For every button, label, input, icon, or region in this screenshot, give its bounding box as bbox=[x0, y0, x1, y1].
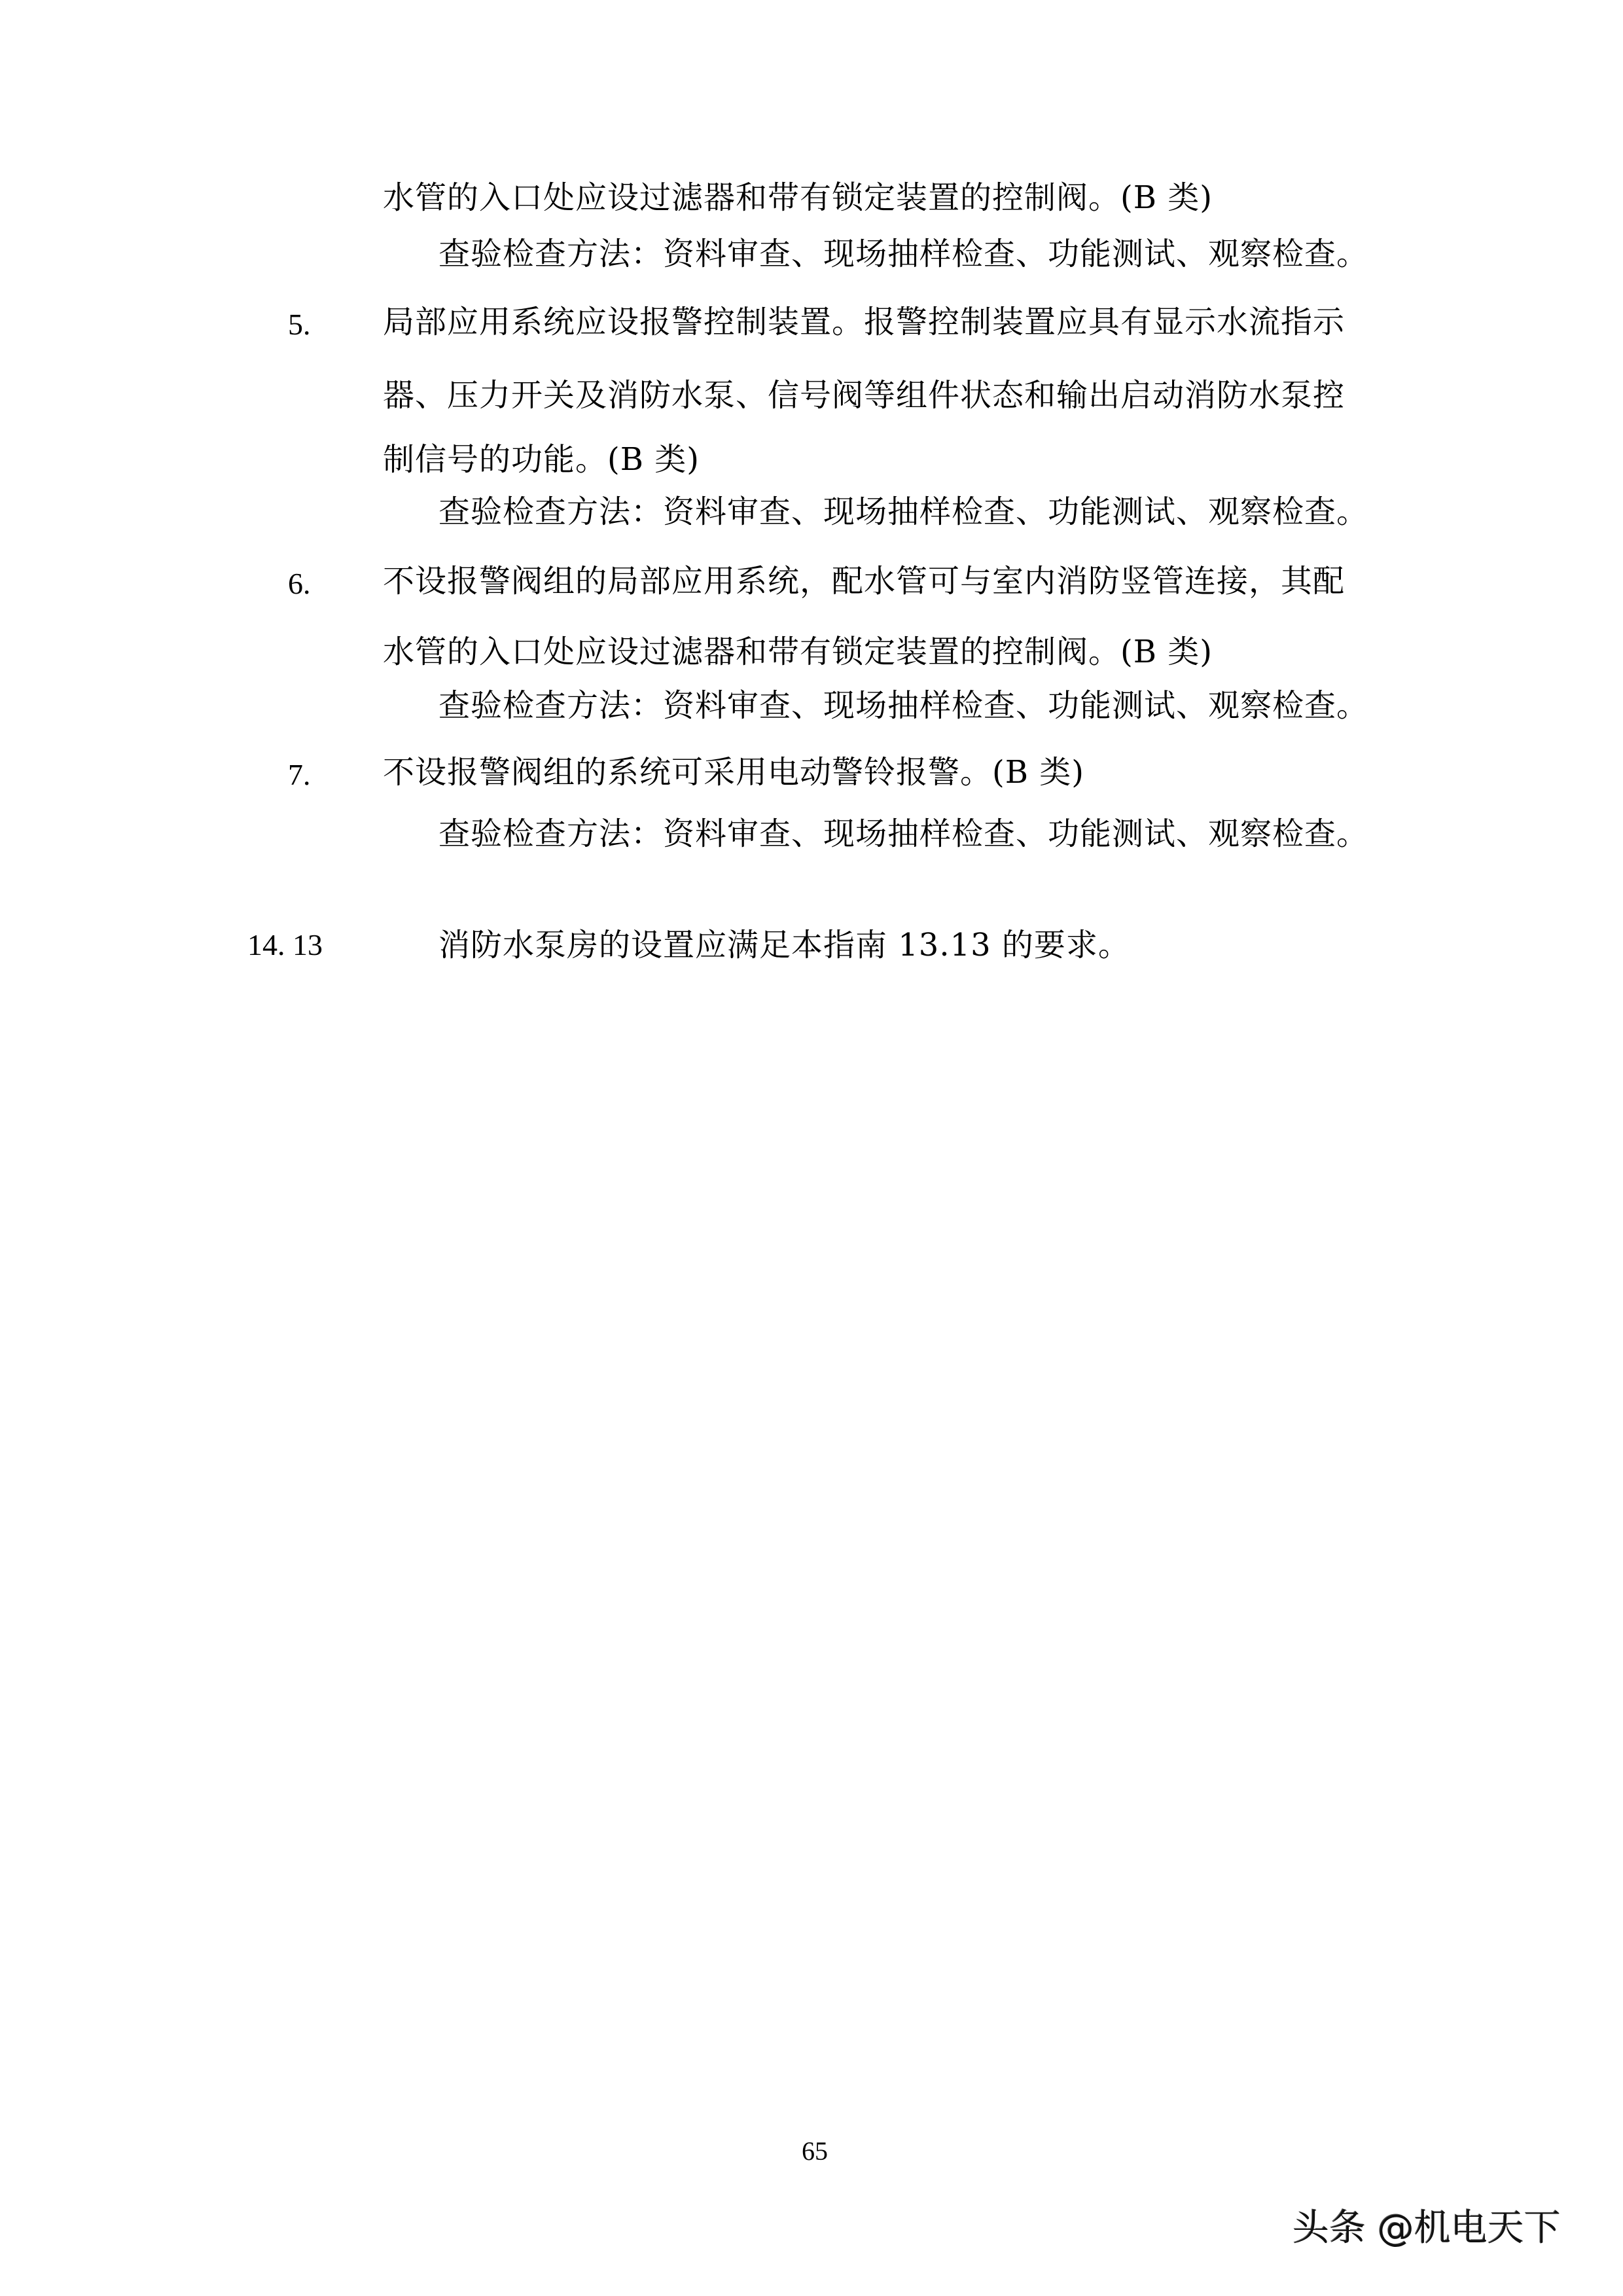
item-number: 6. bbox=[288, 564, 311, 603]
continuation-text: 水管的入口处应设过滤器和带有锁定装置的控制阀。(B 类) bbox=[383, 178, 1213, 217]
item-text-line: 水管的入口处应设过滤器和带有锁定装置的控制阀。(B 类) bbox=[383, 632, 1213, 672]
inspection-method: 查验检查方法：资料审查、现场抽样检查、功能测试、观察检查。 bbox=[438, 814, 1368, 853]
item-number: 5. bbox=[288, 305, 311, 344]
section-number: 14. 13 bbox=[247, 925, 323, 965]
watermark: 头条 @机电天下 bbox=[1293, 2206, 1561, 2251]
item-text-line: 局部应用系统应设报警控制装置。报警控制装置应具有显示水流指示 bbox=[383, 302, 1345, 342]
item-text-line: 制信号的功能。(B 类) bbox=[383, 440, 700, 479]
inspection-method: 查验检查方法：资料审查、现场抽样检查、功能测试、观察检查。 bbox=[438, 686, 1368, 725]
inspection-method: 查验检查方法：资料审查、现场抽样检查、功能测试、观察检查。 bbox=[438, 234, 1368, 274]
inspection-method: 查验检查方法：资料审查、现场抽样检查、功能测试、观察检查。 bbox=[438, 492, 1368, 531]
page-number: 65 bbox=[802, 2135, 828, 2168]
item-text-line: 不设报警阀组的局部应用系统，配水管可与室内消防竖管连接，其配 bbox=[383, 562, 1345, 601]
item-text-line: 不设报警阀组的系统可采用电动警铃报警。(B 类) bbox=[383, 753, 1084, 792]
item-text-line: 器、压力开关及消防水泵、信号阀等组件状态和输出启动消防水泵控 bbox=[383, 376, 1345, 415]
section-text: 消防水泵房的设置应满足本指南 13.13 的要求。 bbox=[438, 925, 1130, 965]
document-page: 水管的入口处应设过滤器和带有锁定装置的控制阀。(B 类) 查验检查方法：资料审查… bbox=[0, 0, 1623, 2296]
item-number: 7. bbox=[288, 755, 311, 795]
